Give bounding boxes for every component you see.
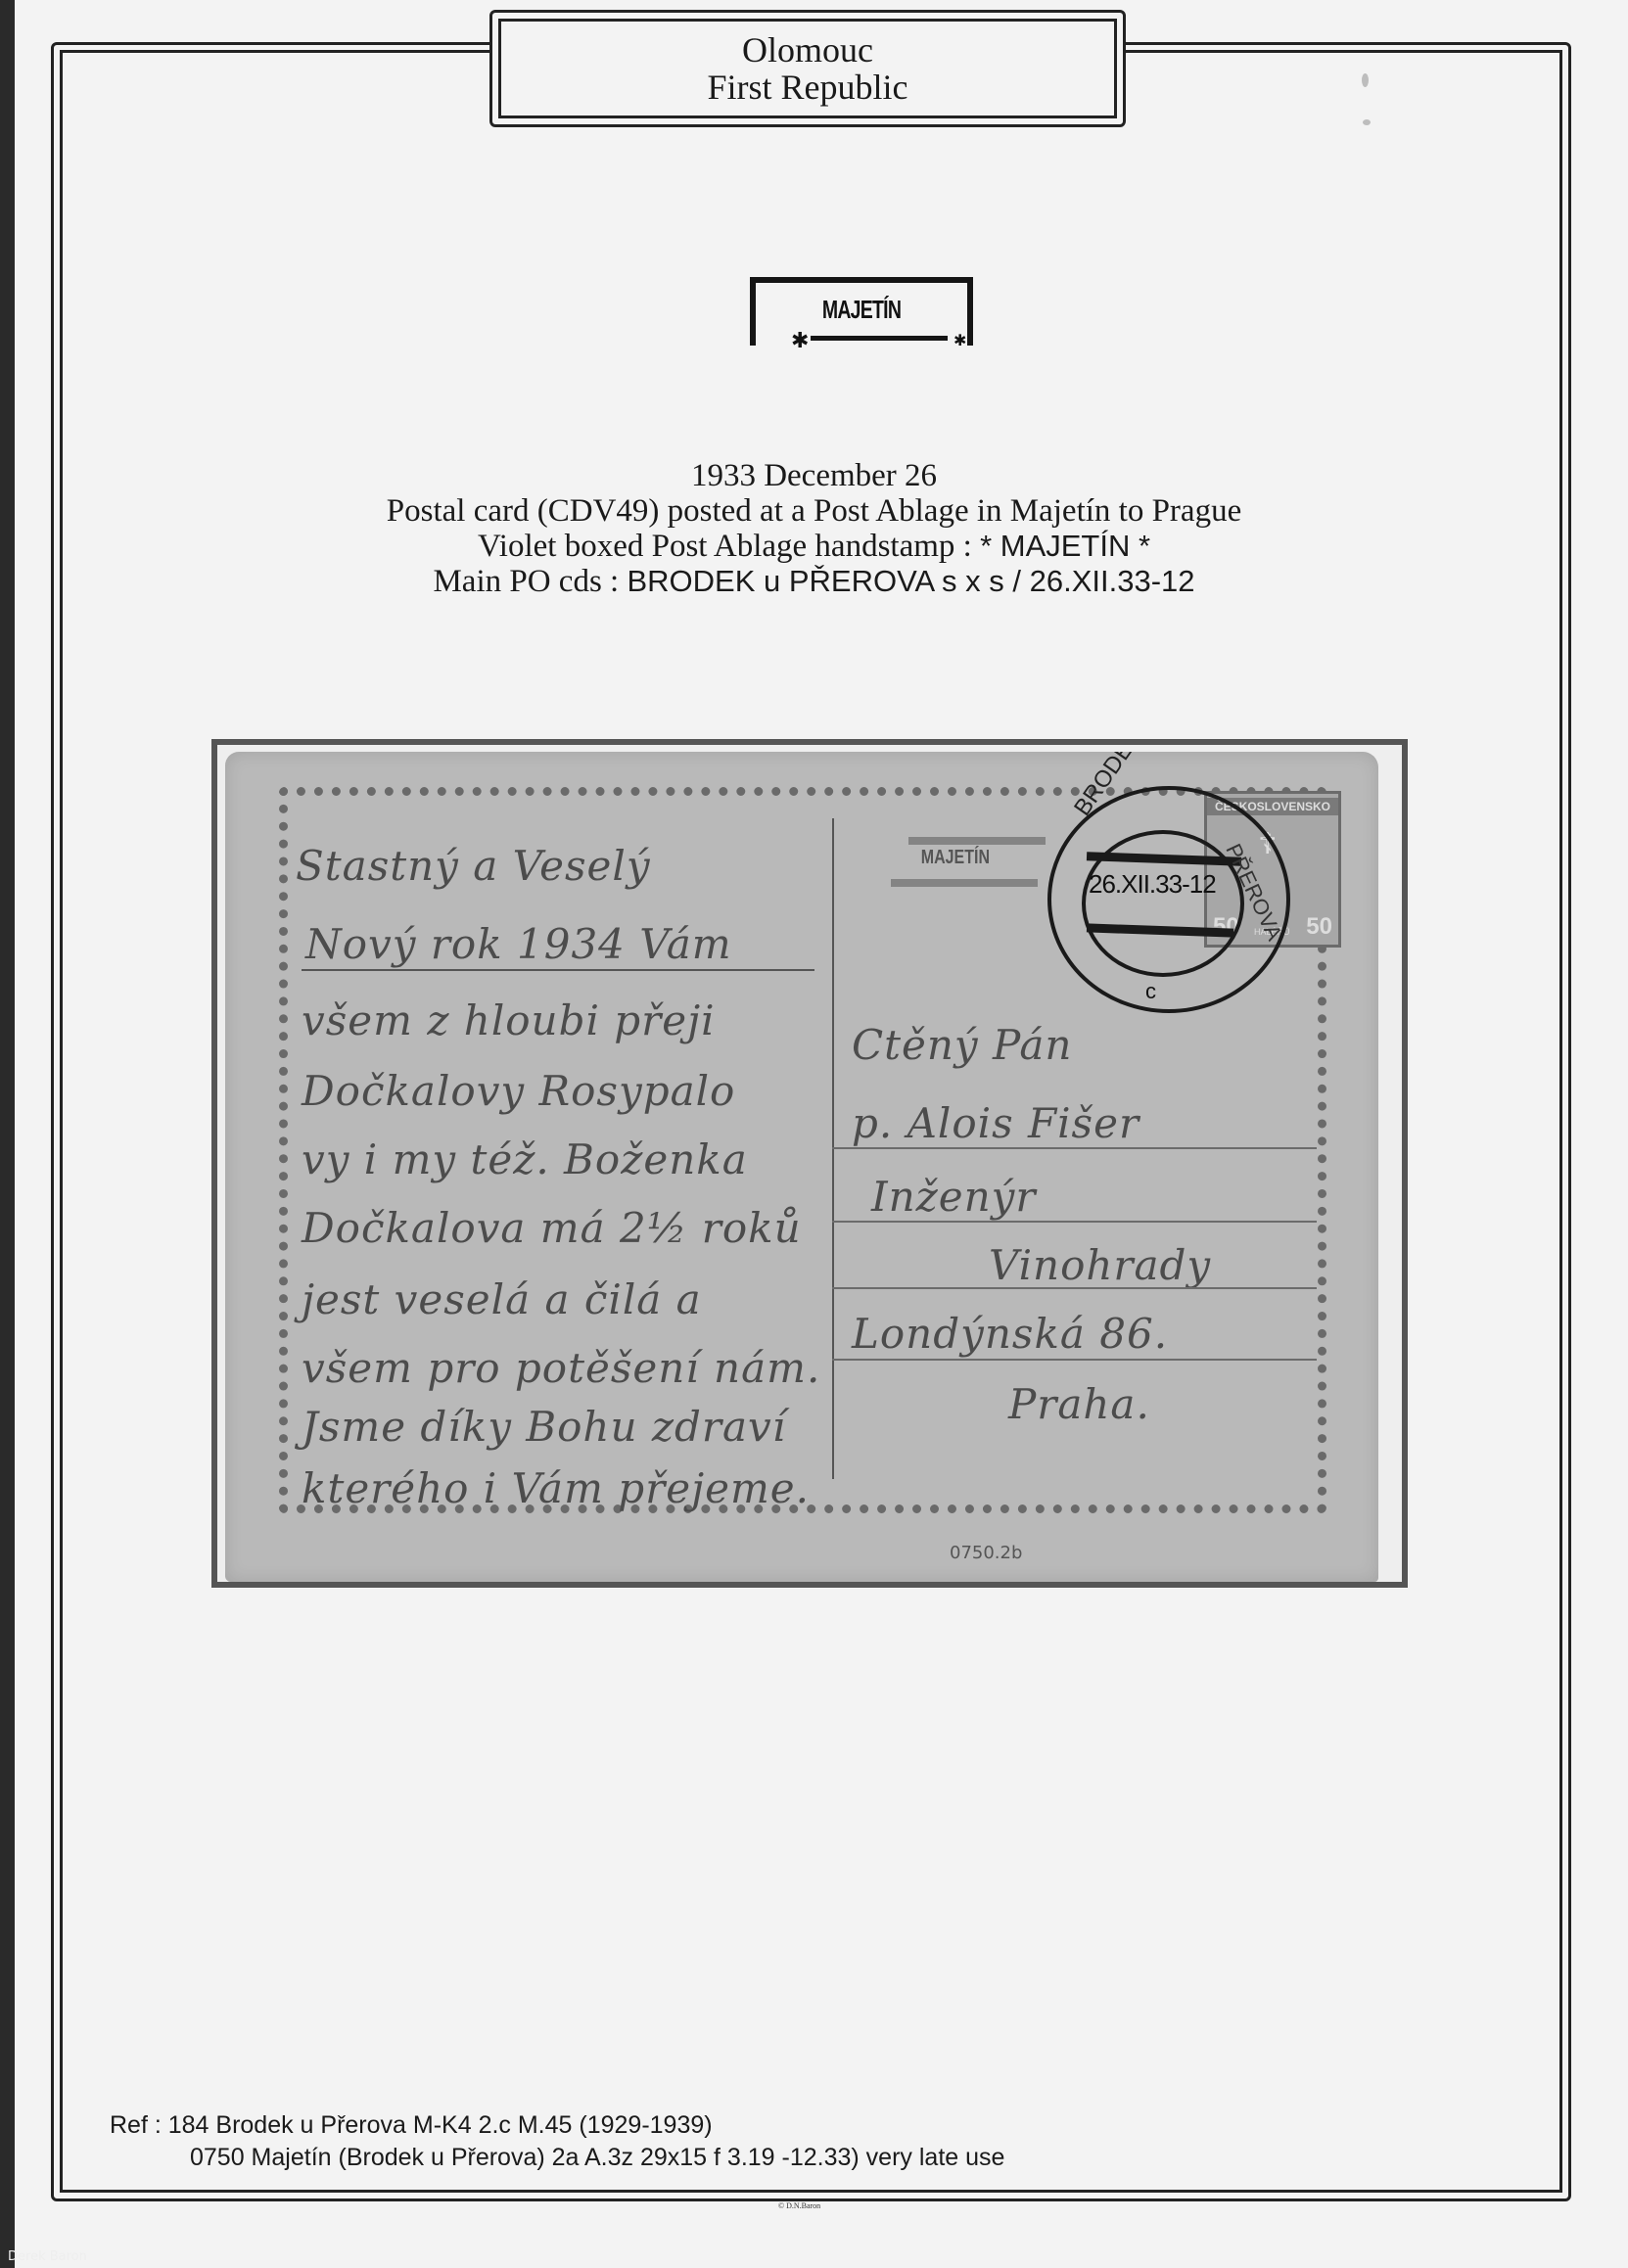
stamp-value: 50 <box>1306 913 1332 941</box>
message-line: Nový rok 1934 Vám <box>305 920 732 968</box>
handstamp-text: * MAJETÍN * <box>980 529 1150 563</box>
message-line: kterého i Vám přejeme. <box>302 1464 810 1512</box>
post-ablage-text: MAJETÍN <box>921 847 990 869</box>
address-rule <box>832 1287 1317 1289</box>
post-ablage-handstamp: MAJETÍN <box>852 825 1047 903</box>
postal-card: Stastný a Veselý Nový rok 1934 Vám všem … <box>225 752 1378 1582</box>
address-line: Inženýr <box>871 1173 1036 1221</box>
message-line: Stastný a Veselý <box>296 842 651 890</box>
message-line: Jsme díky Bohu zdraví <box>302 1403 786 1451</box>
address-rule <box>832 1221 1317 1223</box>
title-region: Olomouc <box>742 31 873 69</box>
scan-edge-strip <box>0 0 15 2268</box>
description-summary: Postal card (CDV49) posted at a Post Abl… <box>196 493 1432 529</box>
scan-speck <box>1363 119 1371 125</box>
title-period: First Republic <box>708 69 908 106</box>
address-line: Ctěný Pán <box>852 1021 1072 1069</box>
message-line: Dočkalova má 2½ roků <box>302 1204 802 1252</box>
description-date: 1933 December 26 <box>196 458 1432 493</box>
underline <box>302 969 814 971</box>
star-ornament-icon: ✱ <box>954 331 966 350</box>
item-description: 1933 December 26 Postal card (CDV49) pos… <box>196 458 1432 599</box>
postmark-date: 26.XII.33-12 <box>1089 869 1216 900</box>
copyright: © D.N.Baron <box>778 2201 820 2210</box>
catalog-number: 0750.2b <box>950 1543 1022 1563</box>
address-rule <box>832 1147 1317 1149</box>
page-title: Olomouc First Republic <box>498 19 1117 118</box>
description-handstamp: Violet boxed Post Ablage handstamp : * M… <box>196 529 1432 564</box>
address-rule <box>832 1359 1317 1361</box>
message-line: všem pro potěšení nám. <box>302 1344 820 1392</box>
address-line: Vinohrady <box>989 1241 1211 1289</box>
scan-speck <box>1362 73 1369 87</box>
reference-line: Ref : 184 Brodek u Přerova M-K4 2.c M.45… <box>110 2111 713 2140</box>
handstamp-illustration: MAJETÍN ✱ ✱ <box>750 277 973 346</box>
address-line: Praha. <box>1008 1380 1150 1428</box>
message-line: vy i my též. Boženka <box>302 1135 748 1183</box>
message-line: všem z hloubi přeji <box>302 996 716 1044</box>
message-line: jest veselá a čilá a <box>302 1275 702 1323</box>
handstamp-label: MAJETÍN <box>778 295 946 325</box>
address-line: p. Alois Fišer <box>852 1099 1140 1147</box>
cds-text: BRODEK u PŘEROVA s x s / 26.XII.33-12 <box>627 564 1194 598</box>
star-ornament-icon: ✱ <box>791 328 809 353</box>
handstamp-rule <box>811 336 948 341</box>
address-line: Londýnská 86. <box>852 1310 1168 1358</box>
postmark-code: c <box>1145 979 1156 1004</box>
description-cds: Main PO cds : BRODEK u PŘEROVA s x s / 2… <box>196 564 1432 599</box>
message-line: Dočkalovy Rosypalo <box>302 1067 735 1115</box>
reference-line: 0750 Majetín (Brodek u Přerova) 2a A.3z … <box>190 2144 1004 2172</box>
watermark: Derek Baron <box>8 2249 87 2264</box>
